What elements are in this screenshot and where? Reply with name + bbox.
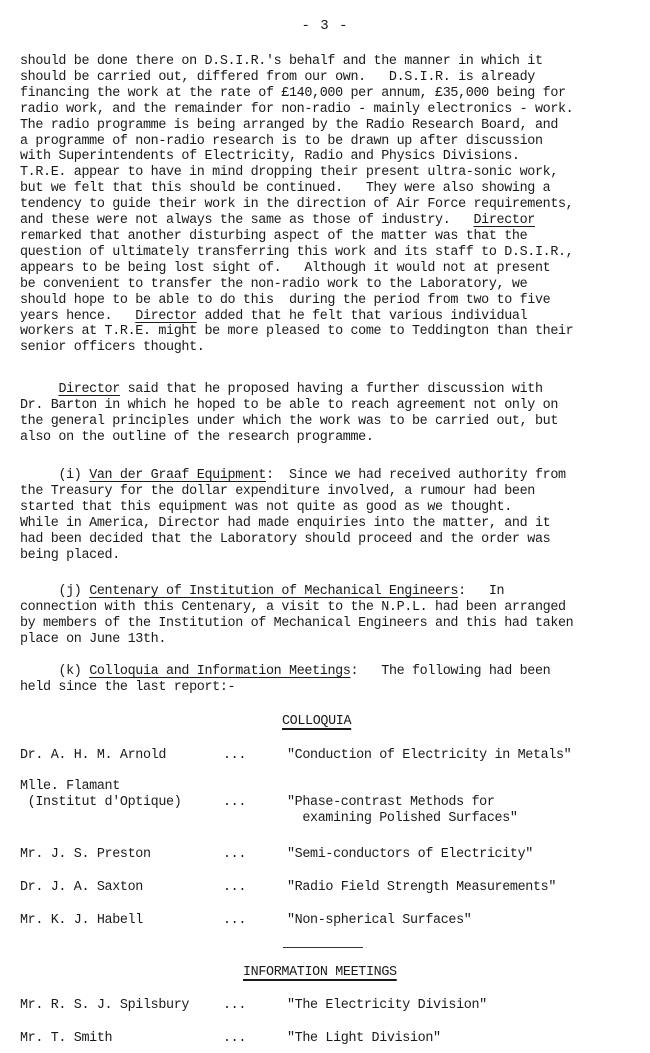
line: : Since we had received authority from [266,468,566,483]
talk-title: "Conduction of Electricity in Metals" [287,748,571,764]
line: held since the last report:- [20,680,235,695]
line: had been decided that the Laboratory sho… [20,532,550,547]
leader-dots: ... [223,998,246,1014]
line: radio work, and the remainder for non-ra… [20,102,573,117]
line: connection with this Centenary, a visit … [20,600,566,615]
line: being placed. [20,548,120,563]
colloquia-heading: COLLOQUIA [282,714,351,729]
leader-dots: ... [223,847,246,863]
line: question of ultimately transferring this… [20,245,573,260]
information-meetings-heading: INFORMATION MEETINGS [243,965,397,980]
page-number: - 3 - [0,18,650,34]
line: years hence. [20,309,112,324]
section-divider [283,947,363,948]
line: started that this equipment was not quit… [20,500,512,515]
speaker-name: Mr. R. S. J. Spilsbury [20,998,189,1014]
line: tendency to guide their work in the dire… [20,197,573,212]
line: by members of the Institution of Mechani… [20,616,573,631]
speaker-name: Dr. J. A. Saxton [20,880,143,896]
section-i-van-der-graaf: (i) Van der Graaf Equipment: Since we ha… [20,468,640,563]
line: should be done there on D.S.I.R.'s behal… [20,54,543,69]
line: T.R.E. appear to have in mind dropping t… [20,165,558,180]
director-underlined: Director [58,382,120,397]
leader-dots: ... [223,913,246,929]
line: be convenient to transfer the non-radio … [20,277,527,292]
line: : The following had been [351,664,551,679]
speaker-name: Mr. T. Smith [20,1031,112,1047]
line: financing the work at the rate of £140,0… [20,86,566,101]
document-page: - 3 - should be done there on D.S.I.R.'s… [0,0,650,1053]
section-heading: Colloquia and Information Meetings [89,664,350,679]
paragraph-barton-discussion: Director said that he proposed having a … [20,382,640,446]
line: a programme of non-radio research is to … [20,134,543,149]
leader-dots: ... [223,1031,246,1047]
line: also on the outline of the research prog… [20,430,374,445]
speaker-name: Mr. J. S. Preston [20,847,151,863]
paragraph-dsir-financing: should be done there on D.S.I.R.'s behal… [20,54,640,356]
talk-title: "Non-spherical Surfaces" [287,913,471,929]
line: should be carried out, differed from our… [20,70,535,85]
talk-title: "The Light Division" [287,1031,441,1047]
line: added that he felt that various individu… [197,309,528,324]
talk-title: "Semi-conductors of Electricity" [287,847,533,863]
line: While in America, Director had made enqu… [20,516,550,531]
director-underlined: Director [473,213,535,228]
section-label: (k) [58,664,81,679]
talk-title: "Radio Field Strength Measurements" [287,880,556,896]
line: the Treasury for the dollar expenditure … [20,484,535,499]
line: remarked that another disturbing aspect … [20,229,527,244]
line: : In [458,584,504,599]
leader-dots: ... [223,748,246,764]
line: senior officers thought. [20,340,204,355]
leader-dots: ... [223,880,246,896]
line: should hope to be able to do this during… [20,293,550,308]
line: the general principles under which the w… [20,414,558,429]
section-j-centenary: (j) Centenary of Institution of Mechanic… [20,584,640,648]
speaker-name: Mr. K. J. Habell [20,913,143,929]
section-label: (j) [58,584,81,599]
line: and these were not always the same as th… [20,213,450,228]
line: appears to be being lost sight of. Altho… [20,261,550,276]
talk-title: "Phase-contrast Methods for examining Po… [287,795,518,827]
leader-dots: ... [223,795,246,811]
section-heading: Centenary of Institution of Mechanical E… [89,584,458,599]
line: said that he proposed having a further d… [120,382,543,397]
section-label: (i) [58,468,81,483]
line: with Superintendents of Electricity, Rad… [20,149,520,164]
talk-title: "The Electricity Division" [287,998,487,1014]
director-underlined: Director [135,309,197,324]
section-k-colloquia: (k) Colloquia and Information Meetings: … [20,664,640,696]
speaker-name: Dr. A. H. M. Arnold [20,748,166,764]
line: Dr. Barton in which he hoped to be able … [20,398,558,413]
line: place on June 13th. [20,632,166,647]
line: workers at T.R.E. might be more pleased … [20,324,573,339]
section-heading: Van der Graaf Equipment [89,468,266,483]
line: but we felt that this should be continue… [20,181,550,196]
speaker-name: Mlle. Flamant (Institut d'Optique) [20,779,181,811]
line: The radio programme is being arranged by… [20,118,558,133]
